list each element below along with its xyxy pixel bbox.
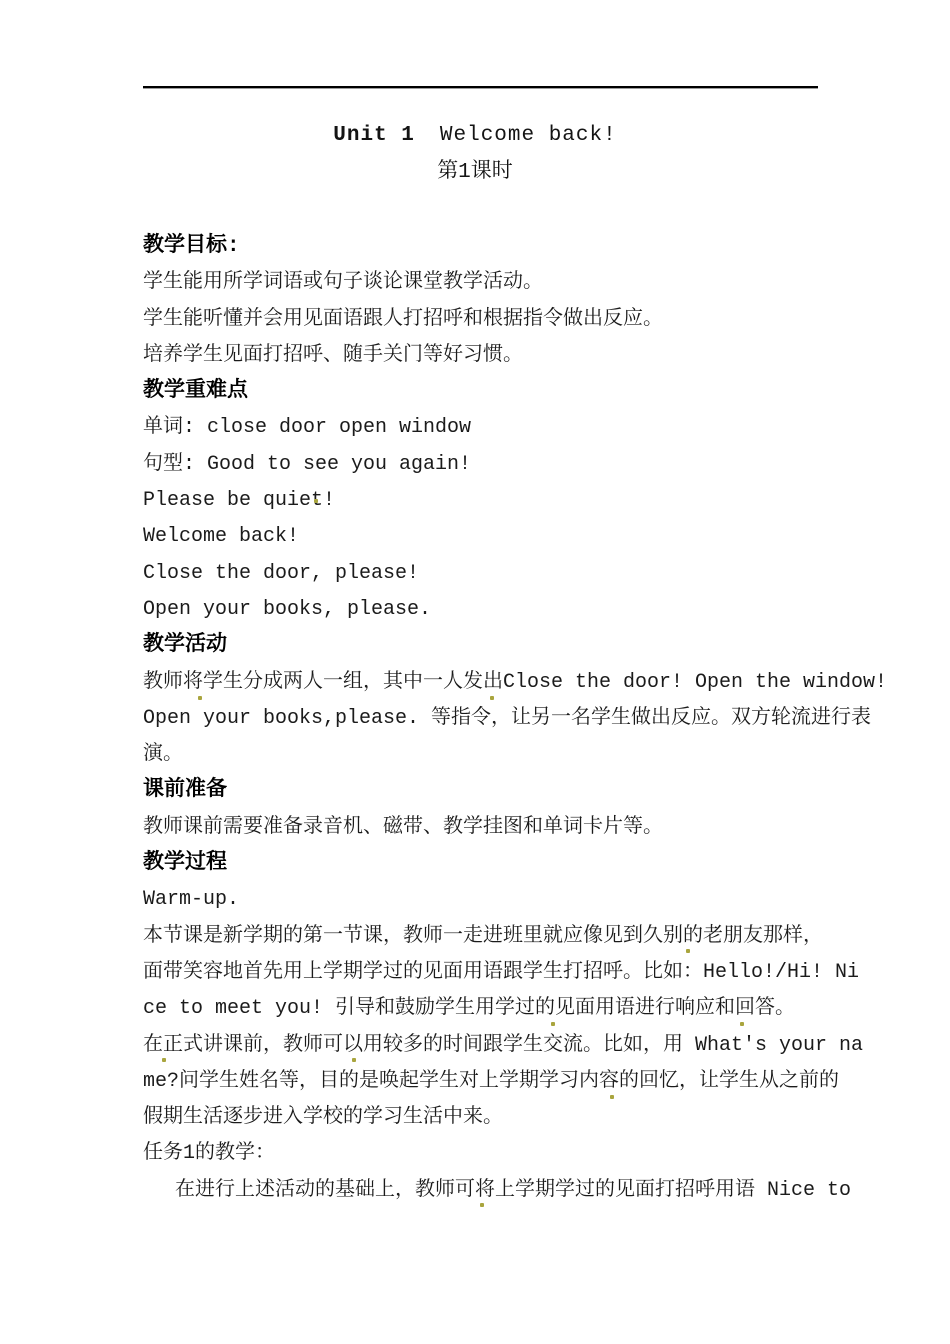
spellcheck-dot [610,1095,614,1099]
paragraph-line: 教师将学生分成两人一组，其中一人发出Close the door! Open t… [143,665,833,701]
title-unit-label: Unit 1 [333,124,415,147]
header-rule [143,86,818,89]
spellcheck-dot [352,1058,356,1062]
document-title: Unit 1Welcome back! [0,121,950,151]
spellcheck-dot [490,696,494,700]
spellcheck-dot [314,499,318,503]
spellcheck-dot [740,1022,744,1026]
section-heading: 教学重难点 [143,374,833,410]
paragraph-line: me?问学生姓名等，目的是唤起学生对上学期学习内容的回忆，让学生从之前的 [143,1064,833,1100]
paragraph-line: Open your books,please. 等指令，让另一名学生做出反应。双… [143,701,833,737]
paragraph-line: 学生能听懂并会用见面语跟人打招呼和根据指令做出反应。 [143,302,833,338]
section-heading: 教学过程 [143,846,833,882]
paragraph-line: 任务1的教学： [143,1136,833,1172]
paragraph-line: 学生能用所学词语或句子谈论课堂教学活动。 [143,265,833,301]
section-heading: 课前准备 [143,773,833,809]
paragraph-line: 面带笑容地首先用上学期学过的见面用语跟学生打招呼。比如：Hello!/Hi! N… [143,955,833,991]
paragraph-line: 句型: Good to see you again! [143,447,833,483]
spellcheck-dot [480,1203,484,1207]
spellcheck-dot [686,949,690,953]
paragraph-line: Welcome back! [143,519,833,555]
paragraph-line: 在进行上述活动的基础上，教师可将上学期学过的见面打招呼用语 Nice to [143,1173,833,1209]
spellcheck-dot [551,1022,555,1026]
document-subtitle: 第1课时 [0,158,950,188]
section-heading: 教学活动 [143,628,833,664]
spellcheck-dot [198,696,202,700]
paragraph-line: Please be quiet! [143,483,833,519]
paragraph-line: 在正式讲课前，教师可以用较多的时间跟学生交流。比如，用 What's your … [143,1028,833,1064]
paragraph-line: 单词: close door open window [143,410,833,446]
paragraph-line: 本节课是新学期的第一节课，教师一走进班里就应像见到久别的老朋友那样， [143,919,833,955]
title-text: Welcome back! [440,124,617,147]
paragraph-line: 演。 [143,737,833,773]
paragraph-line: Warm-up. [143,882,833,918]
paragraph-line: 假期生活逐步进入学校的学习生活中来。 [143,1100,833,1136]
paragraph-line: Open your books, please. [143,592,833,628]
document-page: Unit 1Welcome back! 第1课时 教学目标:学生能用所学词语或句… [0,0,950,1344]
spellcheck-dot [162,1058,166,1062]
paragraph-line: 教师课前需要准备录音机、磁带、教学挂图和单词卡片等。 [143,810,833,846]
paragraph-line: ce to meet you! 引导和鼓励学生用学过的见面用语进行响应和回答。 [143,991,833,1027]
document-body: 教学目标:学生能用所学词语或句子谈论课堂教学活动。学生能听懂并会用见面语跟人打招… [143,229,833,1209]
paragraph-line: 培养学生见面打招呼、随手关门等好习惯。 [143,338,833,374]
section-heading: 教学目标: [143,229,833,265]
paragraph-line: Close the door, please! [143,556,833,592]
